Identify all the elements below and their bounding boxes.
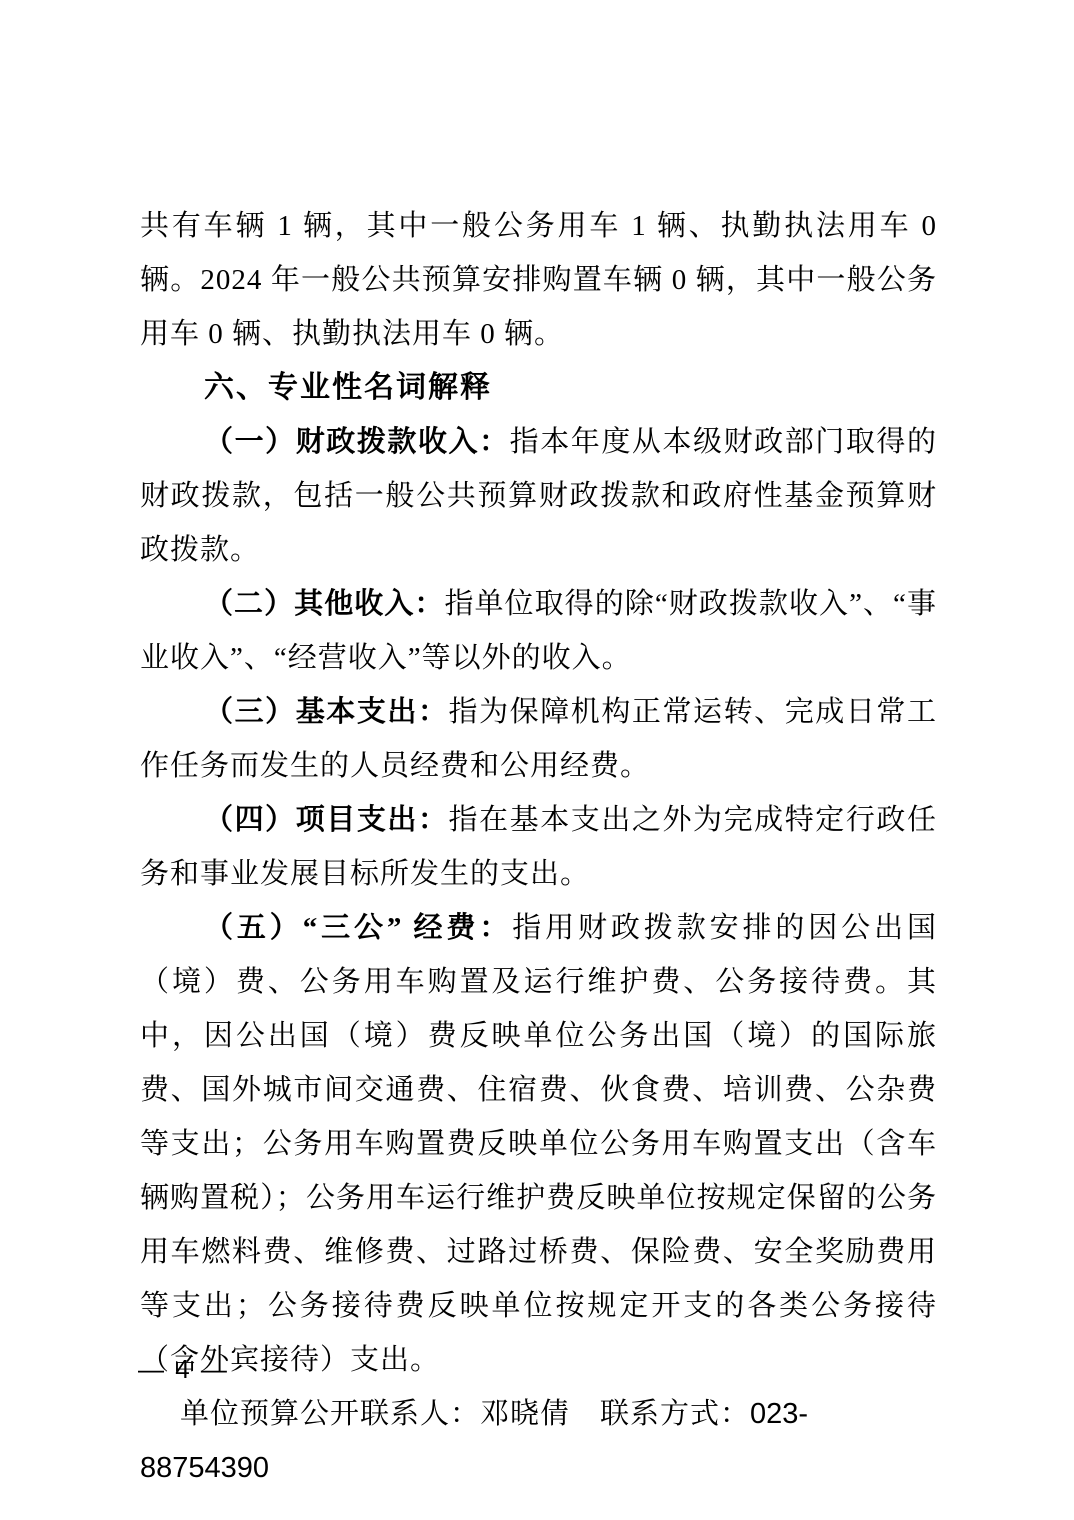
contact-method-label: 联系方式： bbox=[600, 1398, 750, 1430]
section-heading: 六、专业性名词解释 bbox=[140, 361, 937, 415]
document-page: 共有车辆 1 辆，其中一般公务用车 1 辆、执勤执法用车 0 辆。2024 年一… bbox=[0, 0, 1074, 1520]
definition-body: 指用财政拨款安排的因公出国（境）费、公务用车购置及运行维护费、公务接待费。其中，… bbox=[140, 912, 937, 1376]
definition-paragraph-5: （五）“三公” 经费：指用财政拨款安排的因公出国（境）费、公务用车购置及运行维护… bbox=[140, 901, 937, 1387]
definition-term: （五）“三公” 经费： bbox=[204, 912, 512, 944]
definition-paragraph-4: （四）项目支出：指在基本支出之外为完成特定行政任务和事业发展目标所发生的支出。 bbox=[140, 793, 937, 901]
contact-person: 邓晓倩 bbox=[480, 1398, 570, 1430]
page-number: — 4 — bbox=[138, 1352, 229, 1386]
definition-term: （三）基本支出： bbox=[204, 696, 449, 728]
intro-paragraph: 共有车辆 1 辆，其中一般公务用车 1 辆、执勤执法用车 0 辆。2024 年一… bbox=[140, 199, 937, 361]
definition-paragraph-1: （一）财政拨款收入：指本年度从本级财政部门取得的财政拨款，包括一般公共预算财政拨… bbox=[140, 415, 937, 577]
contact-line: 单位预算公开联系人：邓晓倩联系方式：023-88754390 bbox=[140, 1387, 937, 1495]
definition-term: （四）项目支出： bbox=[204, 804, 449, 836]
text-block: 共有车辆 1 辆，其中一般公务用车 1 辆、执勤执法用车 0 辆。2024 年一… bbox=[140, 199, 937, 1495]
definition-term: （一）财政拨款收入： bbox=[204, 426, 510, 458]
definition-paragraph-2: （二）其他收入：指单位取得的除“财政拨款收入”、“事业收入”、“经营收入”等以外… bbox=[140, 577, 937, 685]
definition-term: （二）其他收入： bbox=[204, 588, 444, 620]
contact-people-label: 单位预算公开联系人： bbox=[180, 1398, 480, 1430]
definition-paragraph-3: （三）基本支出：指为保障机构正常运转、完成日常工作任务而发生的人员经费和公用经费… bbox=[140, 685, 937, 793]
